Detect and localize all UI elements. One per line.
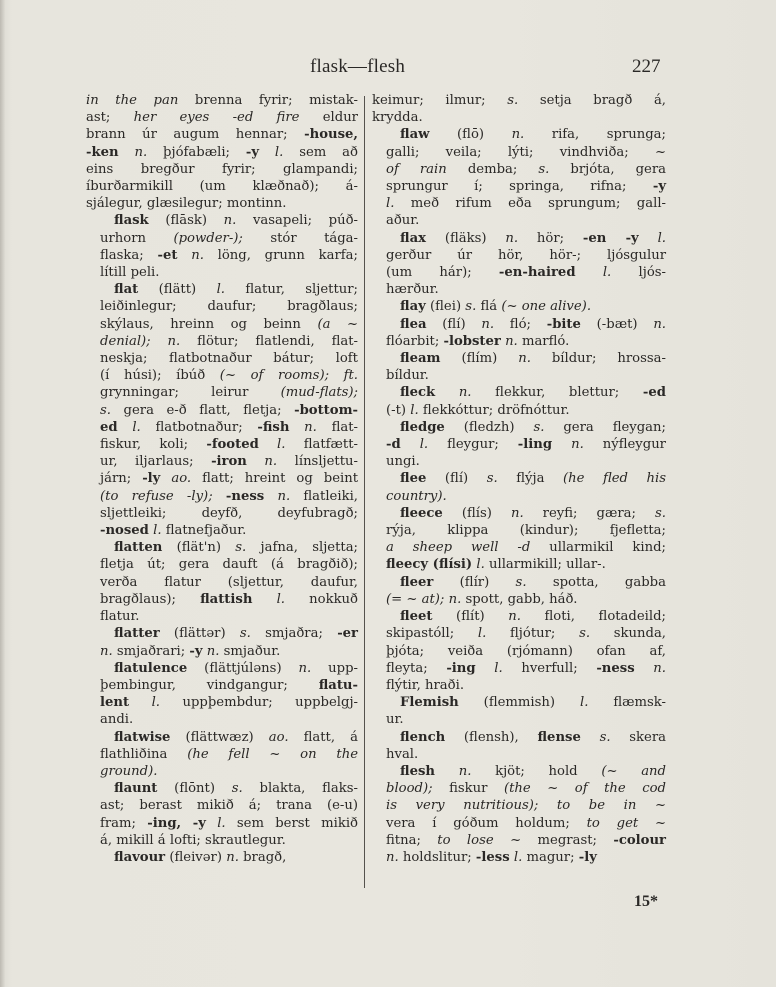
entry-fledge: fledge (fledzh) s. gera fleygan;-d l. fl…	[372, 419, 666, 471]
entry-line: s. gera e-ð flatt, fletja; -bottom-	[86, 402, 358, 419]
entry-line: flaska; -et n. löng, grunn karfa;	[86, 247, 358, 264]
entry-flench: flench (flensh), flense s. skerahval.	[372, 729, 666, 763]
entry-line: ur.	[372, 711, 666, 728]
entry-line: flýtir, hraði.	[372, 677, 666, 694]
entry-line: neskja; flatbotnaður bátur; loft	[86, 350, 358, 367]
entry-line: fiskur, koli; -footed l. flatfætt-	[86, 436, 358, 453]
entry-line: (to refuse -ly); -ness n. flatleiki,	[86, 488, 358, 505]
entry-line: ast; her eyes -ed fire eldur	[86, 109, 358, 126]
entry-flaw: flaw (flō) n. rifa, sprunga;galli; veila…	[372, 126, 666, 229]
entry-line: vera í góðum holdum; to get ~	[372, 815, 666, 832]
entry-flaunt: flaunt (flōnt) s. blakta, flaks-ast; ber…	[86, 780, 358, 849]
entry-flat: flat (flätt) l. flatur, sljettur;leiðinl…	[86, 281, 358, 539]
entry-line: fitna; to lose ~ megrast; -colour	[372, 832, 666, 849]
entry-line: sljettleiki; deyfð, deyfubragð;	[86, 505, 358, 522]
entry-line: fleecy (flísi) l. ullarmikill; ullar-.	[372, 556, 666, 573]
entry-line: country).	[372, 488, 666, 505]
entry-line: íburðarmikill (um klæðnað); á-	[86, 178, 358, 195]
entry-flatwise: flatwise (flättwæz) ao. flatt, áflathlið…	[86, 729, 358, 781]
entry-line: flat (flätt) l. flatur, sljettur;	[86, 281, 358, 298]
entry-line: -nosed l. flatnefjaður.	[86, 522, 358, 539]
entry-line: fleece (flís) n. reyfi; gæra; s.	[372, 505, 666, 522]
entry-line: þembingur, vindgangur; flatu-	[86, 677, 358, 694]
entry-line: bragðlaus); flattish l. nokkuð	[86, 591, 358, 608]
entry-line: (í húsi); íbúð (~ of rooms); ft.	[86, 367, 358, 384]
entry-flatten: flatten (flät'n) s. jafna, sljetta;fletj…	[86, 539, 358, 625]
entry-line: grynningar; leirur (mud-flats);	[86, 384, 358, 401]
entry-line: ast; berast mikið á; trana (e-u)	[86, 797, 358, 814]
entry-line: járn; -ly ao. flatt; hreint og beint	[86, 470, 358, 487]
entry-flatter: flatter (flättər) s. smjaðra; -ern. smja…	[86, 625, 358, 659]
entry-line: flaunt (flōnt) s. blakta, flaks-	[86, 780, 358, 797]
entry-line: þjóta; veiða (rjómann) ofan af,	[372, 643, 666, 660]
entry-line: -d l. fleygur; -ling n. nýfleygur	[372, 436, 666, 453]
entry-line: of rain demba; s. brjóta, gera	[372, 161, 666, 178]
entry-line: n. smjaðrari; -y n. smjaður.	[86, 643, 358, 660]
entry-line: fledge (fledzh) s. gera fleygan;	[372, 419, 666, 436]
entry-line: flóarbit; -lobster n. marfló.	[372, 333, 666, 350]
entry-line: flesh n. kjöt; hold (~ and	[372, 763, 666, 780]
entry-fleam: fleam (flím) n. bíldur; hrossa-bíldur.	[372, 350, 666, 384]
entry-flask: flask (flāsk) n. vasapeli; púð-urhorn (p…	[86, 212, 358, 281]
entry-line: krydda.	[372, 109, 666, 126]
signature-mark: 15*	[634, 893, 658, 911]
entry-line: in the pan brenna fyrir; mistak-	[86, 92, 358, 109]
entry-line: hval.	[372, 746, 666, 763]
dictionary-page: flask—flesh 227 in the pan brenna fyrir;…	[0, 0, 776, 987]
entry-line: flatur.	[86, 608, 358, 625]
entry-flatulence: flatulence (flättjúləns) n. upp-þembingu…	[86, 660, 358, 729]
entry-line: lítill peli.	[86, 264, 358, 281]
running-head: flask—flesh	[310, 56, 405, 78]
entry-flee: flee (flí) s. flýja (he fled hiscountry)…	[372, 470, 666, 504]
entry-line: brann úr augum hennar; -house,	[86, 126, 358, 143]
signature-text: 15*	[634, 893, 658, 910]
entry-flay: flay (flei) s. flá (~ one alive).	[372, 298, 666, 315]
entry-line: lent l. uppþembdur; uppbelgj-	[86, 694, 358, 711]
entry-line: flay (flei) s. flá (~ one alive).	[372, 298, 666, 315]
entry-line: blood); fiskur (the ~ of the cod	[372, 780, 666, 797]
entry-line: eins bregður fyrir; glampandi;	[86, 161, 358, 178]
entry-line: leiðinlegur; daufur; bragðlaus;	[86, 298, 358, 315]
page-number: 227	[632, 56, 661, 78]
entry-line: urhorn (powder-); stór tága-	[86, 230, 358, 247]
entry-flesh: flesh n. kjöt; hold (~ andblood); fiskur…	[372, 763, 666, 866]
entry-line: fletja út; gera dauft (á bragðið);	[86, 556, 358, 573]
entry-continued: in the pan brenna fyrir; mistak-ast; her…	[86, 92, 358, 212]
entry-line: fleyta; -ing l. hverfull; -ness n.	[372, 660, 666, 677]
entry-line: flatwise (flättwæz) ao. flatt, á	[86, 729, 358, 746]
entry-line: fleck n. flekkur, blettur; -ed	[372, 384, 666, 401]
entry-fleer: fleer (flír) s. spotta, gabba(= ~ at); n…	[372, 574, 666, 608]
page-header: flask—flesh 227	[0, 56, 776, 80]
entry-line: bíldur.	[372, 367, 666, 384]
entry-line: á, mikill á lofti; skrautlegur.	[86, 832, 358, 849]
entry-flemish: Flemish (flemmish) l. flæmsk-ur.	[372, 694, 666, 728]
entry-line: flax (fläks) n. hör; -en -y l.	[372, 230, 666, 247]
page-edge-shadow	[0, 0, 5, 987]
entry-line: flaw (flō) n. rifa, sprunga;	[372, 126, 666, 143]
entry-line: ungi.	[372, 453, 666, 470]
entry-line: hærður.	[372, 281, 666, 298]
entry-line: flathliðina (he fell ~ on the	[86, 746, 358, 763]
entry-line: flask (flāsk) n. vasapeli; púð-	[86, 212, 358, 229]
entry-fleck: fleck n. flekkur, blettur; -ed(-t) l. fl…	[372, 384, 666, 418]
entry-line: aður.	[372, 212, 666, 229]
entry-line: fleet (flít) n. floti, flotadeild;	[372, 608, 666, 625]
entry-line: sjálegur, glæsilegur; montinn.	[86, 195, 358, 212]
entry-line: fram; -ing, -y l. sem berst mikið	[86, 815, 358, 832]
entry-line: andi.	[86, 711, 358, 728]
entry-line: is very nutritious); to be in ~	[372, 797, 666, 814]
entry-line: denial); n. flötur; flatlendi, flat-	[86, 333, 358, 350]
entry-line: keimur; ilmur; s. setja bragð á,	[372, 92, 666, 109]
entry-line: (= ~ at); n. spott, gabb, háð.	[372, 591, 666, 608]
entry-line: flatten (flät'n) s. jafna, sljetta;	[86, 539, 358, 556]
entry-line: Flemish (flemmish) l. flæmsk-	[372, 694, 666, 711]
entry-line: flatulence (flättjúləns) n. upp-	[86, 660, 358, 677]
entry-line: l. með rifum eða sprungum; gall-	[372, 195, 666, 212]
entry-line: verða flatur (sljettur, daufur,	[86, 574, 358, 591]
entry-line: ur, iljarlaus; -iron n. línsljettu-	[86, 453, 358, 470]
entry-line: (-t) l. flekkóttur; dröfnóttur.	[372, 402, 666, 419]
entry-line: n. holdslitur; -less l. magur; -ly	[372, 849, 666, 866]
entry-line: skýlaus, hreinn og beinn (a ~	[86, 316, 358, 333]
entry-line: ground).	[86, 763, 358, 780]
entry-continued: keimur; ilmur; s. setja bragð á,krydda.	[372, 92, 666, 126]
entry-line: -ken n. þjófabæli; -y l. sem að	[86, 144, 358, 161]
entry-line: gerður úr hör, hör-; ljósgulur	[372, 247, 666, 264]
entry-fleet: fleet (flít) n. floti, flotadeild;skipas…	[372, 608, 666, 694]
entry-line: fleer (flír) s. spotta, gabba	[372, 574, 666, 591]
entry-line: skipastóll; l. fljótur; s. skunda,	[372, 625, 666, 642]
entry-line: fleam (flím) n. bíldur; hrossa-	[372, 350, 666, 367]
entry-line: flavour (fleivər) n. bragð,	[86, 849, 358, 866]
entry-line: rýja, klippa (kindur); fjefletta;	[372, 522, 666, 539]
entry-flax: flax (fläks) n. hör; -en -y l.gerður úr …	[372, 230, 666, 299]
entry-line: ed l. flatbotnaður; -fish n. flat-	[86, 419, 358, 436]
right-column: keimur; ilmur; s. setja bragð á,krydda.f…	[372, 92, 666, 866]
column-divider	[364, 96, 365, 888]
entry-line: (um hár); -en-haired l. ljós-	[372, 264, 666, 281]
entry-flavour: flavour (fleivər) n. bragð,	[86, 849, 358, 866]
entry-line: sprungur í; springa, rifna; -y	[372, 178, 666, 195]
entry-line: flee (flí) s. flýja (he fled his	[372, 470, 666, 487]
entry-line: flea (flí) n. fló; -bite (-bæt) n.	[372, 316, 666, 333]
left-column: in the pan brenna fyrir; mistak-ast; her…	[86, 92, 358, 866]
entry-line: flatter (flättər) s. smjaðra; -er	[86, 625, 358, 642]
entry-line: a sheep well -d ullarmikil kind;	[372, 539, 666, 556]
entry-fleece: fleece (flís) n. reyfi; gæra; s.rýja, kl…	[372, 505, 666, 574]
entry-line: flench (flensh), flense s. skera	[372, 729, 666, 746]
entry-flea: flea (flí) n. fló; -bite (-bæt) n.flóarb…	[372, 316, 666, 350]
entry-line: galli; veila; lýti; vindhviða; ~	[372, 144, 666, 161]
